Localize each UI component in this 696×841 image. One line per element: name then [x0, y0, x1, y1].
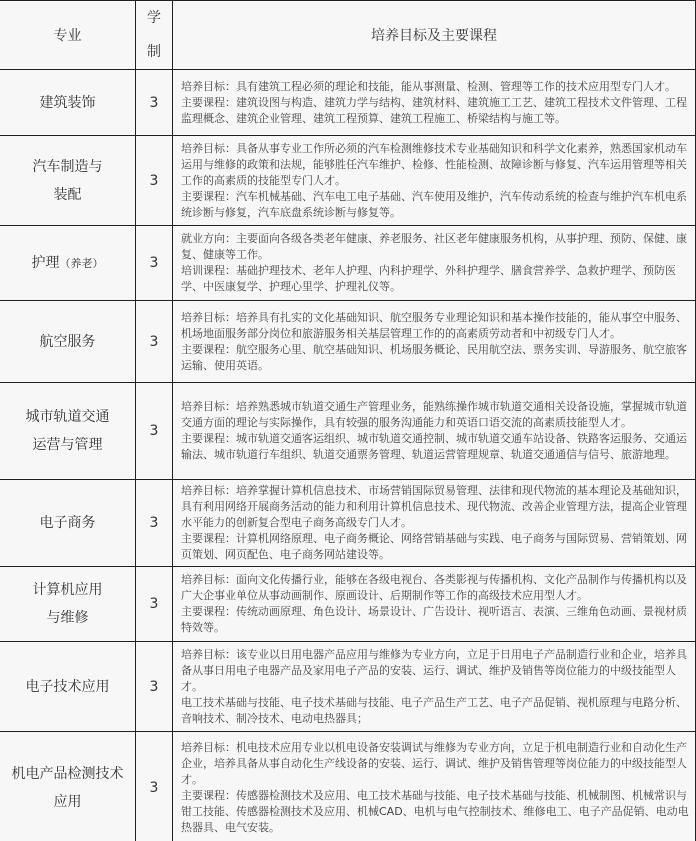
major-name-line: 汽车制造与	[0, 153, 135, 181]
header-years: 学 制	[136, 1, 173, 70]
description-cell: 就业方向：主要面向各级各类老年健康、养老服务、社区老年健康服务机构，从事护理、预…	[173, 226, 696, 301]
years-value: 3	[136, 732, 173, 841]
table-row: 护理（养老） 3 就业方向：主要面向各级各类老年健康、养老服务、社区老年健康服务…	[0, 226, 696, 301]
major-name-line: 建筑装饰	[0, 89, 135, 117]
major-name: 机电产品检测技术 应用	[0, 732, 136, 841]
majors-table: 专业 学 制 培养目标及主要课程 建筑装饰 3 培养目标：具有建筑工程必须的理论…	[0, 0, 696, 841]
description-cell: 培养目标：培养熟悉城市轨道交通生产管理业务，能熟练操作城市轨道交通相关设备设施，…	[173, 383, 696, 480]
description-cell: 培养目标：具有建筑工程必须的理论和技能，能从事测量、检测、管理等工作的技术应用型…	[173, 70, 696, 136]
training-goal: 培养目标：具有建筑工程必须的理论和技能，能从事测量、检测、管理等工作的技术应用型…	[181, 79, 689, 95]
major-name-line: 与维修	[0, 604, 135, 632]
major-name-line: 运营与管理	[0, 431, 135, 459]
table-header-row: 专业 学 制 培养目标及主要课程	[0, 1, 696, 70]
main-courses: 主要课程：计算机网络原理、电子商务概论、网络营销基础与实践、电子商务与国际贸易、…	[181, 531, 689, 563]
major-name: 建筑装饰	[0, 70, 136, 136]
major-name-line: 计算机应用	[0, 576, 135, 604]
training-courses: 培训课程：基础护理技术、老年人护理、内科护理学、外科护理学、膳食营养学、急救护理…	[181, 263, 689, 295]
major-name: 计算机应用 与维修	[0, 567, 136, 642]
main-courses: 电工技术基础与技能、电子技术基础与技能、电子产品生产工艺、电子产品促销、视机原理…	[181, 695, 689, 727]
main-courses: 主要课程：汽车机械基础、汽车电工电子基础、汽车使用及维护，汽车传动系统的检查与维…	[181, 189, 689, 221]
table-row: 航空服务 3 培养目标：培养具有扎实的文化基础知识、航空服务专业理论知识和基本操…	[0, 301, 696, 383]
years-value: 3	[136, 480, 173, 567]
major-note: （养老）	[60, 257, 104, 270]
description-cell: 培养目标：该专业以日用电器产品应用与维修为专业方向，立足于日用电子产品制造行业和…	[173, 642, 696, 732]
training-goal: 培养目标：面向文化传播行业，能够在各级电视台、各类影视与传播机构、文化产品制作与…	[181, 572, 689, 604]
major-name-line: 护理	[32, 255, 60, 271]
header-years-line1: 学	[136, 1, 172, 35]
table-row: 计算机应用 与维修 3 培养目标：面向文化传播行业，能够在各级电视台、各类影视与…	[0, 567, 696, 642]
table-row: 机电产品检测技术 应用 3 培养目标：机电技术应用专业以机电设备安装调试与维修为…	[0, 732, 696, 841]
training-goal: 培养目标：培养具有扎实的文化基础知识、航空服务专业理论知识和基本操作技能的，能从…	[181, 310, 689, 342]
employment-direction: 就业方向：主要面向各级各类老年健康、养老服务、社区老年健康服务机构，从事护理、预…	[181, 231, 689, 263]
main-courses: 主要课程：建筑设图与构造、建筑力学与结构、建筑材料、建筑施工工艺、建筑工程技术文…	[181, 95, 689, 127]
description-cell: 培养目标：机电技术应用专业以机电设备安装调试与维修为专业方向，立足于机电制造行业…	[173, 732, 696, 841]
major-name: 电子商务	[0, 480, 136, 567]
major-name: 汽车制造与 装配	[0, 136, 136, 226]
main-courses: 主要课程：航空服务心里、航空基础知识、机场服务概论、民用航空法、票务实训、导游服…	[181, 342, 689, 374]
training-goal: 培养目标：机电技术应用专业以机电设备安装调试与维修为专业方向，立足于机电制造行业…	[181, 740, 689, 788]
header-years-line2: 制	[136, 35, 172, 69]
table-row: 电子商务 3 培养目标：培养掌握计算机信息技术、市场营销国际贸易管理、法律和现代…	[0, 480, 696, 567]
training-goal: 培养目标：具备从事专业工作所必须的汽车检测维修技术专业基础知识和科学文化素养，熟…	[181, 141, 689, 189]
main-courses: 主要课程：传统动画原理、角色设计、场景设计、广告设计、视听语言、表演、三维角色动…	[181, 604, 689, 636]
major-name: 护理（养老）	[0, 226, 136, 301]
major-name-line: 电子技术应用	[0, 673, 135, 701]
table-row: 城市轨道交通 运营与管理 3 培养目标：培养熟悉城市轨道交通生产管理业务，能熟练…	[0, 383, 696, 480]
description-cell: 培养目标：具备从事专业工作所必须的汽车检测维修技术专业基础知识和科学文化素养，熟…	[173, 136, 696, 226]
table-row: 建筑装饰 3 培养目标：具有建筑工程必须的理论和技能，能从事测量、检测、管理等工…	[0, 70, 696, 136]
years-value: 3	[136, 642, 173, 732]
training-goal: 培养目标：培养掌握计算机信息技术、市场营销国际贸易管理、法律和现代物流的基本理论…	[181, 483, 689, 531]
years-value: 3	[136, 136, 173, 226]
major-name-line: 城市轨道交通	[0, 403, 135, 431]
training-goal: 培养目标：该专业以日用电器产品应用与维修为专业方向，立足于日用电子产品制造行业和…	[181, 647, 689, 695]
description-cell: 培养目标：培养掌握计算机信息技术、市场营销国际贸易管理、法律和现代物流的基本理论…	[173, 480, 696, 567]
major-name-line: 装配	[0, 181, 135, 209]
major-name: 电子技术应用	[0, 642, 136, 732]
major-name-line: 机电产品检测技术	[0, 760, 135, 788]
years-value: 3	[136, 301, 173, 383]
table-row: 汽车制造与 装配 3 培养目标：具备从事专业工作所必须的汽车检测维修技术专业基础…	[0, 136, 696, 226]
major-name-line: 航空服务	[0, 328, 135, 356]
main-courses: 主要课程：传感器检测技术及应用、电工技术基础与技能、电子技术基础与技能、机械制图…	[181, 788, 689, 836]
major-name: 城市轨道交通 运营与管理	[0, 383, 136, 480]
years-value: 3	[136, 383, 173, 480]
main-courses: 主要课程：城市轨道交通客运组织、城市轨道交通控制、城市轨道交通车站设备、铁路客运…	[181, 431, 689, 463]
description-cell: 培养目标：培养具有扎实的文化基础知识、航空服务专业理论知识和基本操作技能的，能从…	[173, 301, 696, 383]
major-name-line: 电子商务	[0, 509, 135, 537]
description-cell: 培养目标：面向文化传播行业，能够在各级电视台、各类影视与传播机构、文化产品制作与…	[173, 567, 696, 642]
major-name-line: 应用	[0, 788, 135, 816]
training-goal: 培养目标：培养熟悉城市轨道交通生产管理业务，能熟练操作城市轨道交通相关设备设施，…	[181, 399, 689, 431]
header-major: 专业	[0, 1, 136, 70]
table-row: 电子技术应用 3 培养目标：该专业以日用电器产品应用与维修为专业方向，立足于日用…	[0, 642, 696, 732]
years-value: 3	[136, 226, 173, 301]
years-value: 3	[136, 70, 173, 136]
years-value: 3	[136, 567, 173, 642]
major-name: 航空服务	[0, 301, 136, 383]
header-description: 培养目标及主要课程	[173, 1, 696, 70]
